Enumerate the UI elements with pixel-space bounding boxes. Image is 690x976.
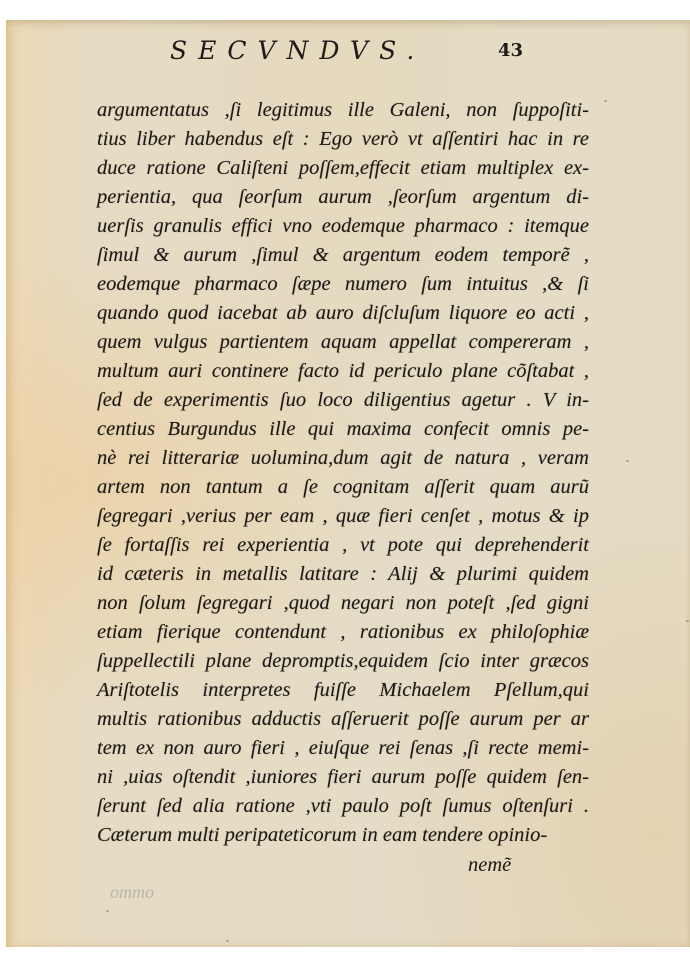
paper-spot bbox=[106, 910, 109, 912]
text-line: eodemque pharmaco ſæpe numero ſum intuit… bbox=[97, 270, 589, 299]
show-through-text: ommo bbox=[110, 882, 154, 903]
text-line: ſimul & aurum ,ſimul & argentum eodem te… bbox=[97, 241, 589, 270]
body-text: argumentatus ,ſi legitimus ille Galeni, … bbox=[97, 96, 589, 850]
text-line: centius Burgundus ille qui maxima confec… bbox=[97, 415, 589, 444]
paper-spot bbox=[226, 940, 229, 942]
text-line: duce ratione Caliſteni poſſem,effecit et… bbox=[97, 154, 589, 183]
running-head: SECVNDVS. bbox=[170, 36, 470, 65]
text-line: ſe fortaſſis rei experientia , vt pote q… bbox=[97, 531, 589, 560]
text-line: ſegregari ,verius per eam , quæ fieri ce… bbox=[97, 502, 589, 531]
text-line: non ſolum ſegregari ,quod negari non pot… bbox=[97, 589, 589, 618]
text-line: nè rei litterariæ uolumina,dum agit de n… bbox=[97, 444, 589, 473]
text-line: ni ,uias oſtendit ,iuniores fieri aurum … bbox=[97, 763, 589, 792]
paper-spot bbox=[686, 620, 689, 622]
text-line: quem vulgus partientem aquam appellat co… bbox=[97, 328, 589, 357]
text-line: perientia, qua ſeorſum aurum ,ſeorſum ar… bbox=[97, 183, 589, 212]
text-line: tem ex non auro fieri , eiuſque rei ſena… bbox=[97, 734, 589, 763]
text-line: tius liber habendus eſt : Ego verò vt aſ… bbox=[97, 125, 589, 154]
page-number: 43 bbox=[498, 40, 523, 61]
text-line: artem non tantum a ſe cognitam aſſerit q… bbox=[97, 473, 589, 502]
text-line: Ariſtotelis interpretes fuiſſe Michaelem… bbox=[97, 676, 589, 705]
text-line: id cæteris in metallis latitare : Alij &… bbox=[97, 560, 589, 589]
text-line: multis rationibus adductis aſſeruerit po… bbox=[97, 705, 589, 734]
text-line: ſuppellectili plane depromptis,equidem ſ… bbox=[97, 647, 589, 676]
text-line: Cæterum multi peripateticorum in eam ten… bbox=[97, 821, 589, 850]
text-line: uerſis granulis effici vno eodemque phar… bbox=[97, 212, 589, 241]
text-line: ſerunt ſed alia ratione ,vti paulo poſt … bbox=[97, 792, 589, 821]
paper-spot bbox=[626, 460, 629, 462]
text-line: quando quod iacebat ab auro diſcluſum li… bbox=[97, 299, 589, 328]
text-line: argumentatus ,ſi legitimus ille Galeni, … bbox=[97, 96, 589, 125]
text-line: multum auri continere facto id periculo … bbox=[97, 357, 589, 386]
paper-spot bbox=[604, 100, 607, 102]
text-line: etiam fierique contendunt , rationibus e… bbox=[97, 618, 589, 647]
text-line: ſed de experimentis ſuo loco diligentius… bbox=[97, 386, 589, 415]
catchword: nemẽ bbox=[468, 854, 511, 877]
